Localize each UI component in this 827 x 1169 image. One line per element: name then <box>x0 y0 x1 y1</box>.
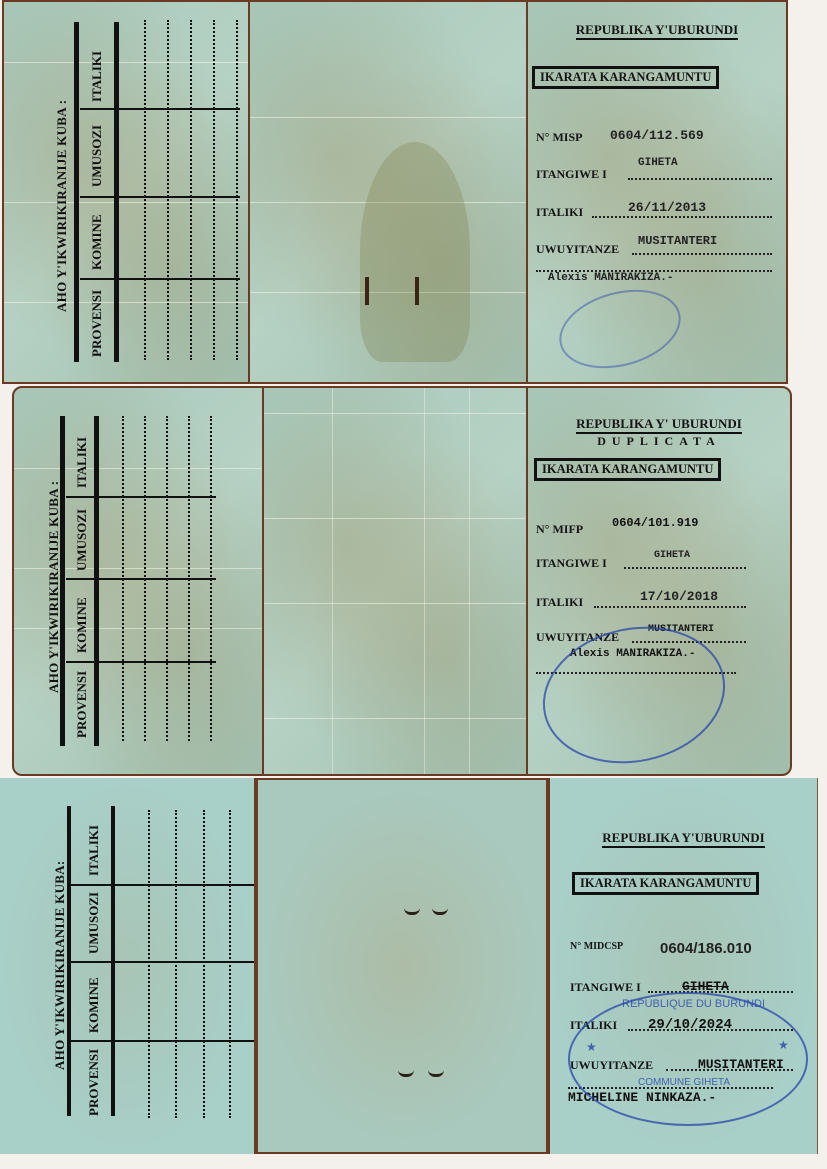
staple-mark <box>404 908 420 915</box>
issued-at-row: ITANGIWE I GIHETA <box>536 167 772 182</box>
number-value: 0604/186.010 <box>660 940 752 957</box>
issuer-name: Alexis MANIRAKIZA.- <box>548 272 673 284</box>
photo-stain <box>360 142 470 362</box>
registration-title: AHO Y'IKWIRIKIRANIJE KUBA : <box>54 100 70 312</box>
issued-at-value: GIHETA <box>638 157 678 169</box>
stamp-middle-text: COMMUNE GIHETA <box>638 1077 730 1088</box>
number-label: N° MIFP <box>536 522 583 537</box>
card-1-details-panel: REPUBLIKA Y'UBURUNDI IKARATA KARANGAMUNT… <box>526 0 788 384</box>
number-label: N° MIDCSP <box>570 941 623 952</box>
date-row: ITALIKI 26/11/2013 <box>536 205 772 220</box>
number-row: N° MIFP 0604/101.919 <box>536 522 776 537</box>
stamp-star-left: ★ <box>586 1040 597 1054</box>
column-umusozi: UMUSOZI <box>89 125 105 187</box>
number-value: 0604/101.919 <box>612 516 698 530</box>
column-umusozi: UMUSOZI <box>74 509 90 571</box>
card-title-box: IKARATA KARANGAMUNTU <box>532 66 719 89</box>
official-stamp-faded <box>551 277 690 381</box>
republic-heading: REPUBLIKA Y' UBURUNDI <box>576 416 742 434</box>
card-2-photo-panel <box>262 386 528 776</box>
issuer-label: UWUYITANZE <box>536 242 619 257</box>
column-komine: KOMINE <box>89 214 105 270</box>
card-title-box: IKARATA KARANGAMUNTU <box>572 872 759 895</box>
column-italiki: ITALIKI <box>89 51 105 102</box>
republic-heading: REPUBLIKA Y'UBURUNDI <box>602 830 764 848</box>
card-title-box: IKARATA KARANGAMUNTU <box>534 458 721 481</box>
column-italiki: ITALIKI <box>86 825 102 876</box>
issued-at-label: ITANGIWE I <box>536 556 607 571</box>
issued-at-label: ITANGIWE I <box>536 167 607 182</box>
card-2-details-panel: REPUBLIKA Y' UBURUNDI DUPLICATA IKARATA … <box>526 386 792 776</box>
issued-at-row: ITANGIWE I GIHETA <box>536 556 776 571</box>
registration-title: AHO Y'IKWIRIKIRANIJE KUBA: <box>52 860 68 1070</box>
date-label: ITALIKI <box>536 205 583 220</box>
issued-at-label: ITANGIWE I <box>570 980 641 995</box>
card-3-details-panel: REPUBLIKA Y'UBURUNDI IKARATA KARANGAMUNT… <box>548 778 818 1154</box>
column-provensi: PROVENSI <box>89 290 105 357</box>
registration-table: AHO Y'IKWIRIKIRANIJE KUBA : PROVENSI KOM… <box>4 2 248 382</box>
date-value: 26/11/2013 <box>628 200 706 215</box>
issued-at-value: GIHETA <box>654 550 690 561</box>
id-card-3: AHO Y'IKWIRIKIRANIJE KUBA: PROVENSI KOMI… <box>0 778 818 1154</box>
staple-mark <box>432 908 448 915</box>
card-1-registration-panel: AHO Y'IKWIRIKIRANIJE KUBA : PROVENSI KOM… <box>2 0 250 384</box>
number-label: N° MISP <box>536 130 582 145</box>
column-provensi: PROVENSI <box>74 671 90 738</box>
column-komine: KOMINE <box>74 597 90 653</box>
id-card-2: AHO Y'IKWIRIKIRANIJE KUBA : PROVENSI KOM… <box>12 386 792 776</box>
duplicate-label: DUPLICATA <box>528 434 790 449</box>
date-label: ITALIKI <box>536 595 583 610</box>
stamp-top-text: REPUBLIQUE DU BURUNDI <box>622 998 765 1010</box>
date-row: ITALIKI 17/10/2018 <box>536 595 776 610</box>
column-italiki: ITALIKI <box>74 437 90 488</box>
column-umusozi: UMUSOZI <box>86 892 102 954</box>
official-stamp <box>568 992 808 1126</box>
stamp-star-right: ★ <box>778 1038 789 1052</box>
column-provensi: PROVENSI <box>86 1049 102 1116</box>
date-value: 17/10/2018 <box>640 589 718 604</box>
issuer-value: MUSITANTERI <box>638 234 717 248</box>
card-2-registration-panel: AHO Y'IKWIRIKIRANIJE KUBA : PROVENSI KOM… <box>12 386 264 776</box>
number-row: N° MIDCSP 0604/186.010 <box>570 938 803 953</box>
staple-mark <box>398 1070 414 1077</box>
republic-heading: REPUBLIKA Y'UBURUNDI <box>576 22 738 40</box>
id-card-1: AHO Y'IKWIRIKIRANIJE KUBA : PROVENSI KOM… <box>0 0 790 384</box>
staple-mark <box>428 1070 444 1077</box>
number-value: 0604/112.569 <box>610 128 704 143</box>
card-1-photo-panel <box>248 0 528 384</box>
card-3-registration-panel: AHO Y'IKWIRIKIRANIJE KUBA: PROVENSI KOMI… <box>0 778 256 1154</box>
card-3-photo-panel <box>256 778 548 1154</box>
issuer-row: UWUYITANZE MUSITANTERI <box>536 242 772 257</box>
column-komine: KOMINE <box>86 977 102 1033</box>
number-row: N° MISP 0604/112.569 <box>536 130 772 145</box>
